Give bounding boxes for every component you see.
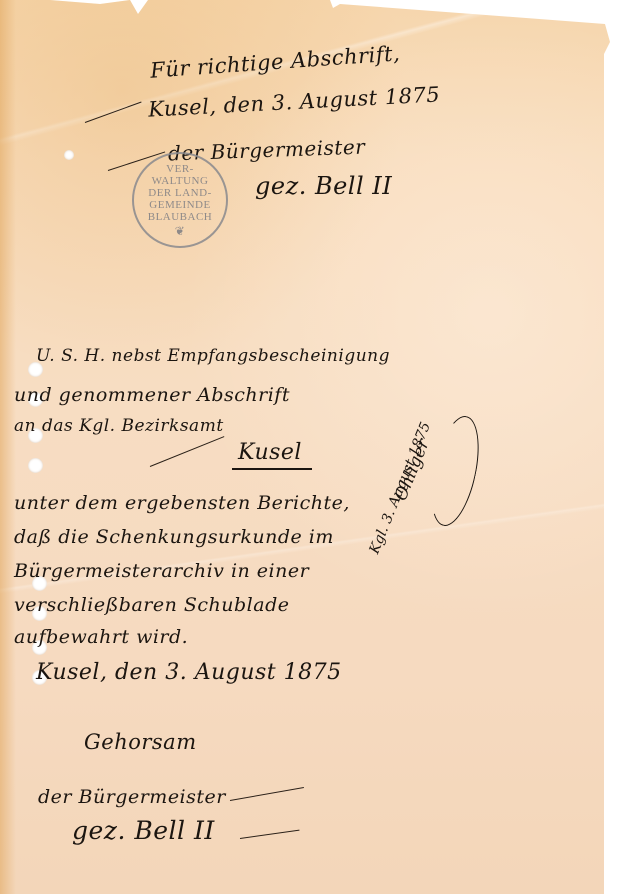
body-date-line: Kusel, den 3. August 1875 bbox=[36, 660, 342, 685]
body-line-5: daß die Schenkungsurkunde im bbox=[14, 526, 334, 548]
stamp-line: DER LAND- bbox=[148, 187, 211, 199]
body-line-7: verschließbaren Schublade bbox=[14, 594, 289, 616]
municipal-stamp: VER- WALTUNG DER LAND- GEMEINDE BLAUBACH… bbox=[132, 152, 228, 248]
stamp-line: WALTUNG bbox=[152, 175, 209, 187]
paper-edge-stain bbox=[0, 0, 16, 894]
marginal-signature-wrap: Ohliger bbox=[391, 436, 434, 504]
marginal-signature: Ohliger bbox=[391, 436, 434, 504]
marginal-note: Kgl. 3. August 1875 Ohliger bbox=[370, 410, 480, 590]
stamp-line: VER- bbox=[166, 163, 194, 175]
eagle-emblem-icon: ❦ bbox=[175, 225, 186, 237]
flourish-stroke bbox=[230, 787, 304, 801]
body-line-3: an das Kgl. Bezirksamt bbox=[14, 416, 224, 436]
closing-signature: gez. Bell II bbox=[72, 816, 215, 845]
punch-hole bbox=[28, 458, 43, 473]
flourish-stroke bbox=[150, 436, 225, 467]
flourish-stroke bbox=[85, 102, 142, 123]
certification-signature: gez. Bell II bbox=[255, 172, 392, 200]
stamp-line: GEMEINDE bbox=[149, 199, 210, 211]
certification-line-1: Für richtige Abschrift, bbox=[149, 41, 400, 82]
punch-hole bbox=[64, 150, 74, 160]
certification-line-2: Kusel, den 3. August 1875 bbox=[148, 82, 441, 121]
addressee: Kusel bbox=[238, 440, 302, 465]
stamp-line: BLAUBACH bbox=[148, 211, 213, 223]
body-line-6: Bürgermeisterarchiv in einer bbox=[14, 560, 309, 582]
body-line-8: aufbewahrt wird. bbox=[14, 626, 188, 648]
document-page: Für richtige Abschrift, Kusel, den 3. Au… bbox=[0, 0, 612, 894]
closing-line-1: Gehorsam bbox=[84, 730, 197, 754]
body-line-4: unter dem ergebensten Berichte, bbox=[14, 492, 350, 514]
addressee-underline bbox=[232, 468, 312, 470]
flourish-stroke bbox=[240, 830, 300, 839]
closing-line-2: der Bürgermeister bbox=[38, 786, 226, 808]
body-line-1: U. S. H. nebst Empfangsbescheinigung bbox=[36, 346, 390, 366]
body-line-2: und genommener Abschrift bbox=[14, 384, 290, 406]
